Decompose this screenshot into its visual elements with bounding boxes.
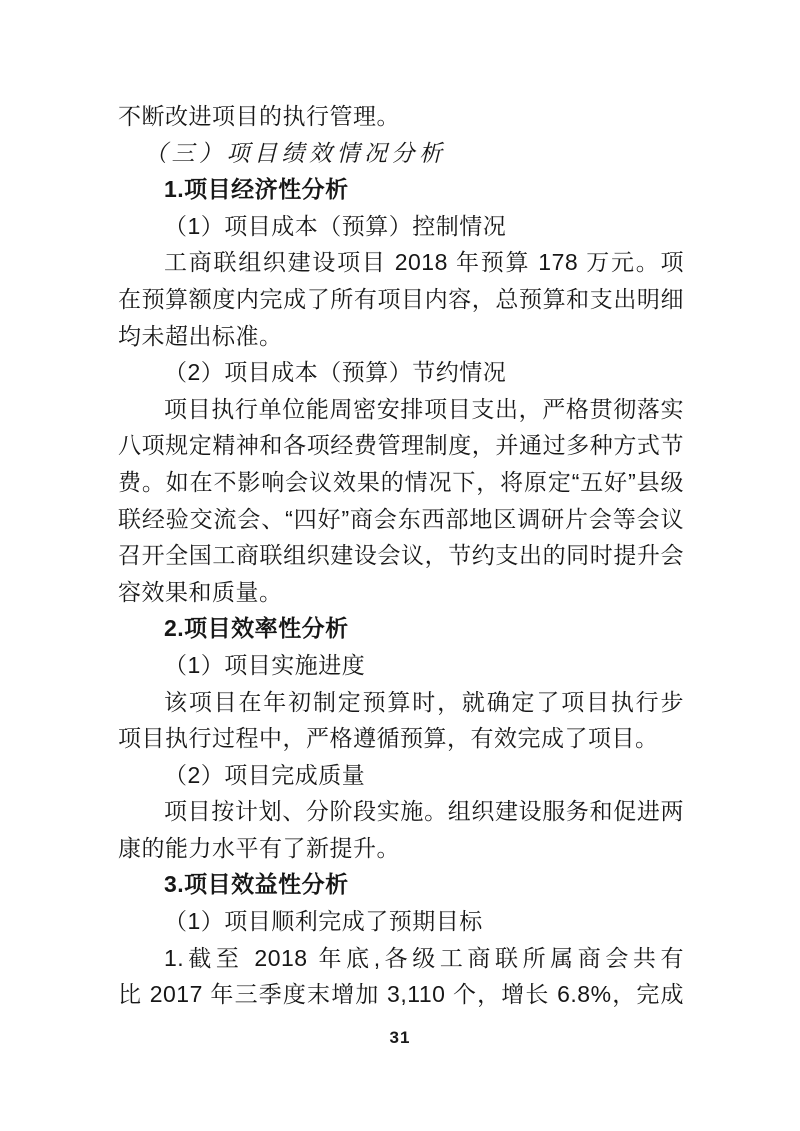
page-number: 31 [0,1028,800,1048]
text-line: 项目按计划、分阶段实施。组织建设服务和促进两个健 [118,793,684,830]
subheading: （2）项目成本（预算）节约情况 [118,354,684,391]
section-heading: （三）项目绩效情况分析 [118,135,684,172]
text-line: 比 2017 年三季度末增加 3,110 个，增长 6.8%，完成了预期 [118,976,684,1013]
heading-benefit: 3.项目效益性分析 [118,866,684,903]
subheading: （1）项目成本（预算）控制情况 [118,208,684,245]
subheading: （1）项目顺利完成了预期目标 [118,903,684,940]
text-line: 康的能力水平有了新提升。 [118,830,684,867]
text-line: 费。如在不影响会议效果的情况下，将原定“五好”县级工商 [118,464,684,501]
heading-efficiency: 2.项目效率性分析 [118,610,684,647]
text-line: 项目执行单位能周密安排项目支出，严格贯彻落实中央 [118,391,684,428]
text-line: 1.截至 2018 年底,各级工商联所属商会共有 48,916 个， [118,940,684,977]
text-line: 均未超出标准。 [118,318,684,355]
text-line: 工商联组织建设项目 2018 年预算 178 万元。项目单位 [118,244,684,281]
document-page: 不断改进项目的执行管理。 （三）项目绩效情况分析 1.项目经济性分析 （1）项目… [0,0,800,1131]
text-line: 不断改进项目的执行管理。 [118,98,684,135]
document-body: 不断改进项目的执行管理。 （三）项目绩效情况分析 1.项目经济性分析 （1）项目… [118,98,684,1013]
subheading: （1）项目实施进度 [118,647,684,684]
text-line: 八项规定精神和各项经费管理制度，并通过多种方式节约经 [118,427,684,464]
text-line: 在预算额度内完成了所有项目内容，总预算和支出明细预算 [118,281,684,318]
text-line: 该项目在年初制定预算时，就确定了项目执行步骤，在 [118,684,684,721]
text-line: 召开全国工商联组织建设会议，节约支出的同时提升会议内 [118,537,684,574]
heading-economic: 1.项目经济性分析 [118,171,684,208]
text-line: 容效果和质量。 [118,574,684,611]
text-line: 联经验交流会、“四好”商会东西部地区调研片会等会议合并 [118,501,684,538]
text-line: 项目执行过程中，严格遵循预算，有效完成了项目。 [118,720,684,757]
subheading: （2）项目完成质量 [118,757,684,794]
